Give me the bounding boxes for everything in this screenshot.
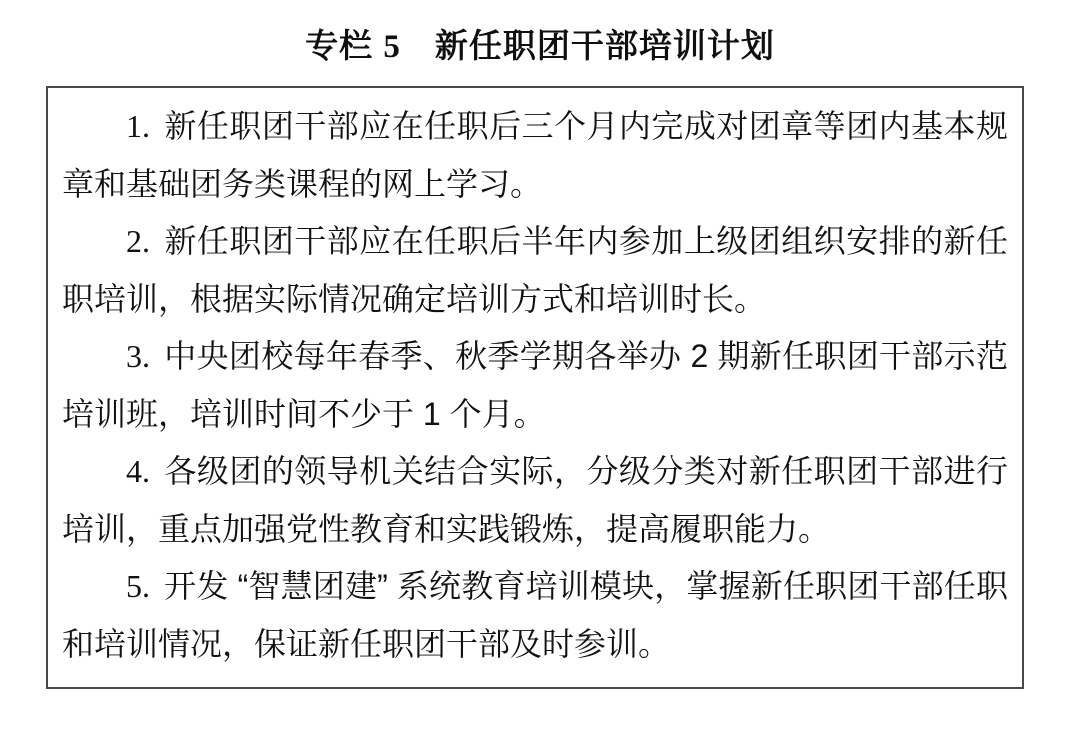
title-text: 新任职团干部培训计划 [435, 27, 775, 64]
item-number: 4. [126, 453, 150, 489]
item-number: 1. [126, 108, 150, 144]
plan-item-5: 5.开发 “智慧团建” 系统教育培训模块，掌握新任职团干部任职和培训情况，保证新… [62, 558, 1008, 673]
item-text: 新任职团干部应在任职后三个月内完成对团章等团内基本规章和基础团务类课程的网上学习… [62, 108, 1008, 202]
item-text: 新任职团干部应在任职后半年内参加上级团组织安排的新任职培训，根据实际情况确定培训… [62, 223, 1008, 317]
item-text: 各级团的领导机关结合实际，分级分类对新任职团干部进行培训，重点加强党性教育和实践… [62, 453, 1008, 547]
plan-item-3: 3.中央团校每年春季、秋季学期各举办 2 期新任职团干部示范培训班，培训时间不少… [62, 328, 1008, 443]
plan-item-2: 2.新任职团干部应在任职后半年内参加上级团组织安排的新任职培训，根据实际情况确定… [62, 213, 1008, 328]
title-number: 5 [383, 29, 401, 65]
plan-item-4: 4.各级团的领导机关结合实际，分级分类对新任职团干部进行培训，重点加强党性教育和… [62, 443, 1008, 558]
page-title: 专栏 5 新任职团干部培训计划 [0, 20, 1080, 67]
title-prefix: 专栏 [305, 27, 373, 64]
item-number: 2. [126, 223, 150, 259]
item-text: 中央团校每年春季、秋季学期各举办 2 期新任职团干部示范培训班，培训时间不少于 … [62, 338, 1008, 432]
document-page: 专栏 5 新任职团干部培训计划 1.新任职团干部应在任职后三个月内完成对团章等团… [0, 0, 1080, 735]
item-number: 5. [126, 568, 150, 604]
plan-item-1: 1.新任职团干部应在任职后三个月内完成对团章等团内基本规章和基础团务类课程的网上… [62, 98, 1008, 213]
item-number: 3. [126, 338, 150, 374]
item-text: 开发 “智慧团建” 系统教育培训模块，掌握新任职团干部任职和培训情况，保证新任职… [62, 568, 1008, 662]
training-plan-box: 1.新任职团干部应在任职后三个月内完成对团章等团内基本规章和基础团务类课程的网上… [46, 86, 1024, 689]
